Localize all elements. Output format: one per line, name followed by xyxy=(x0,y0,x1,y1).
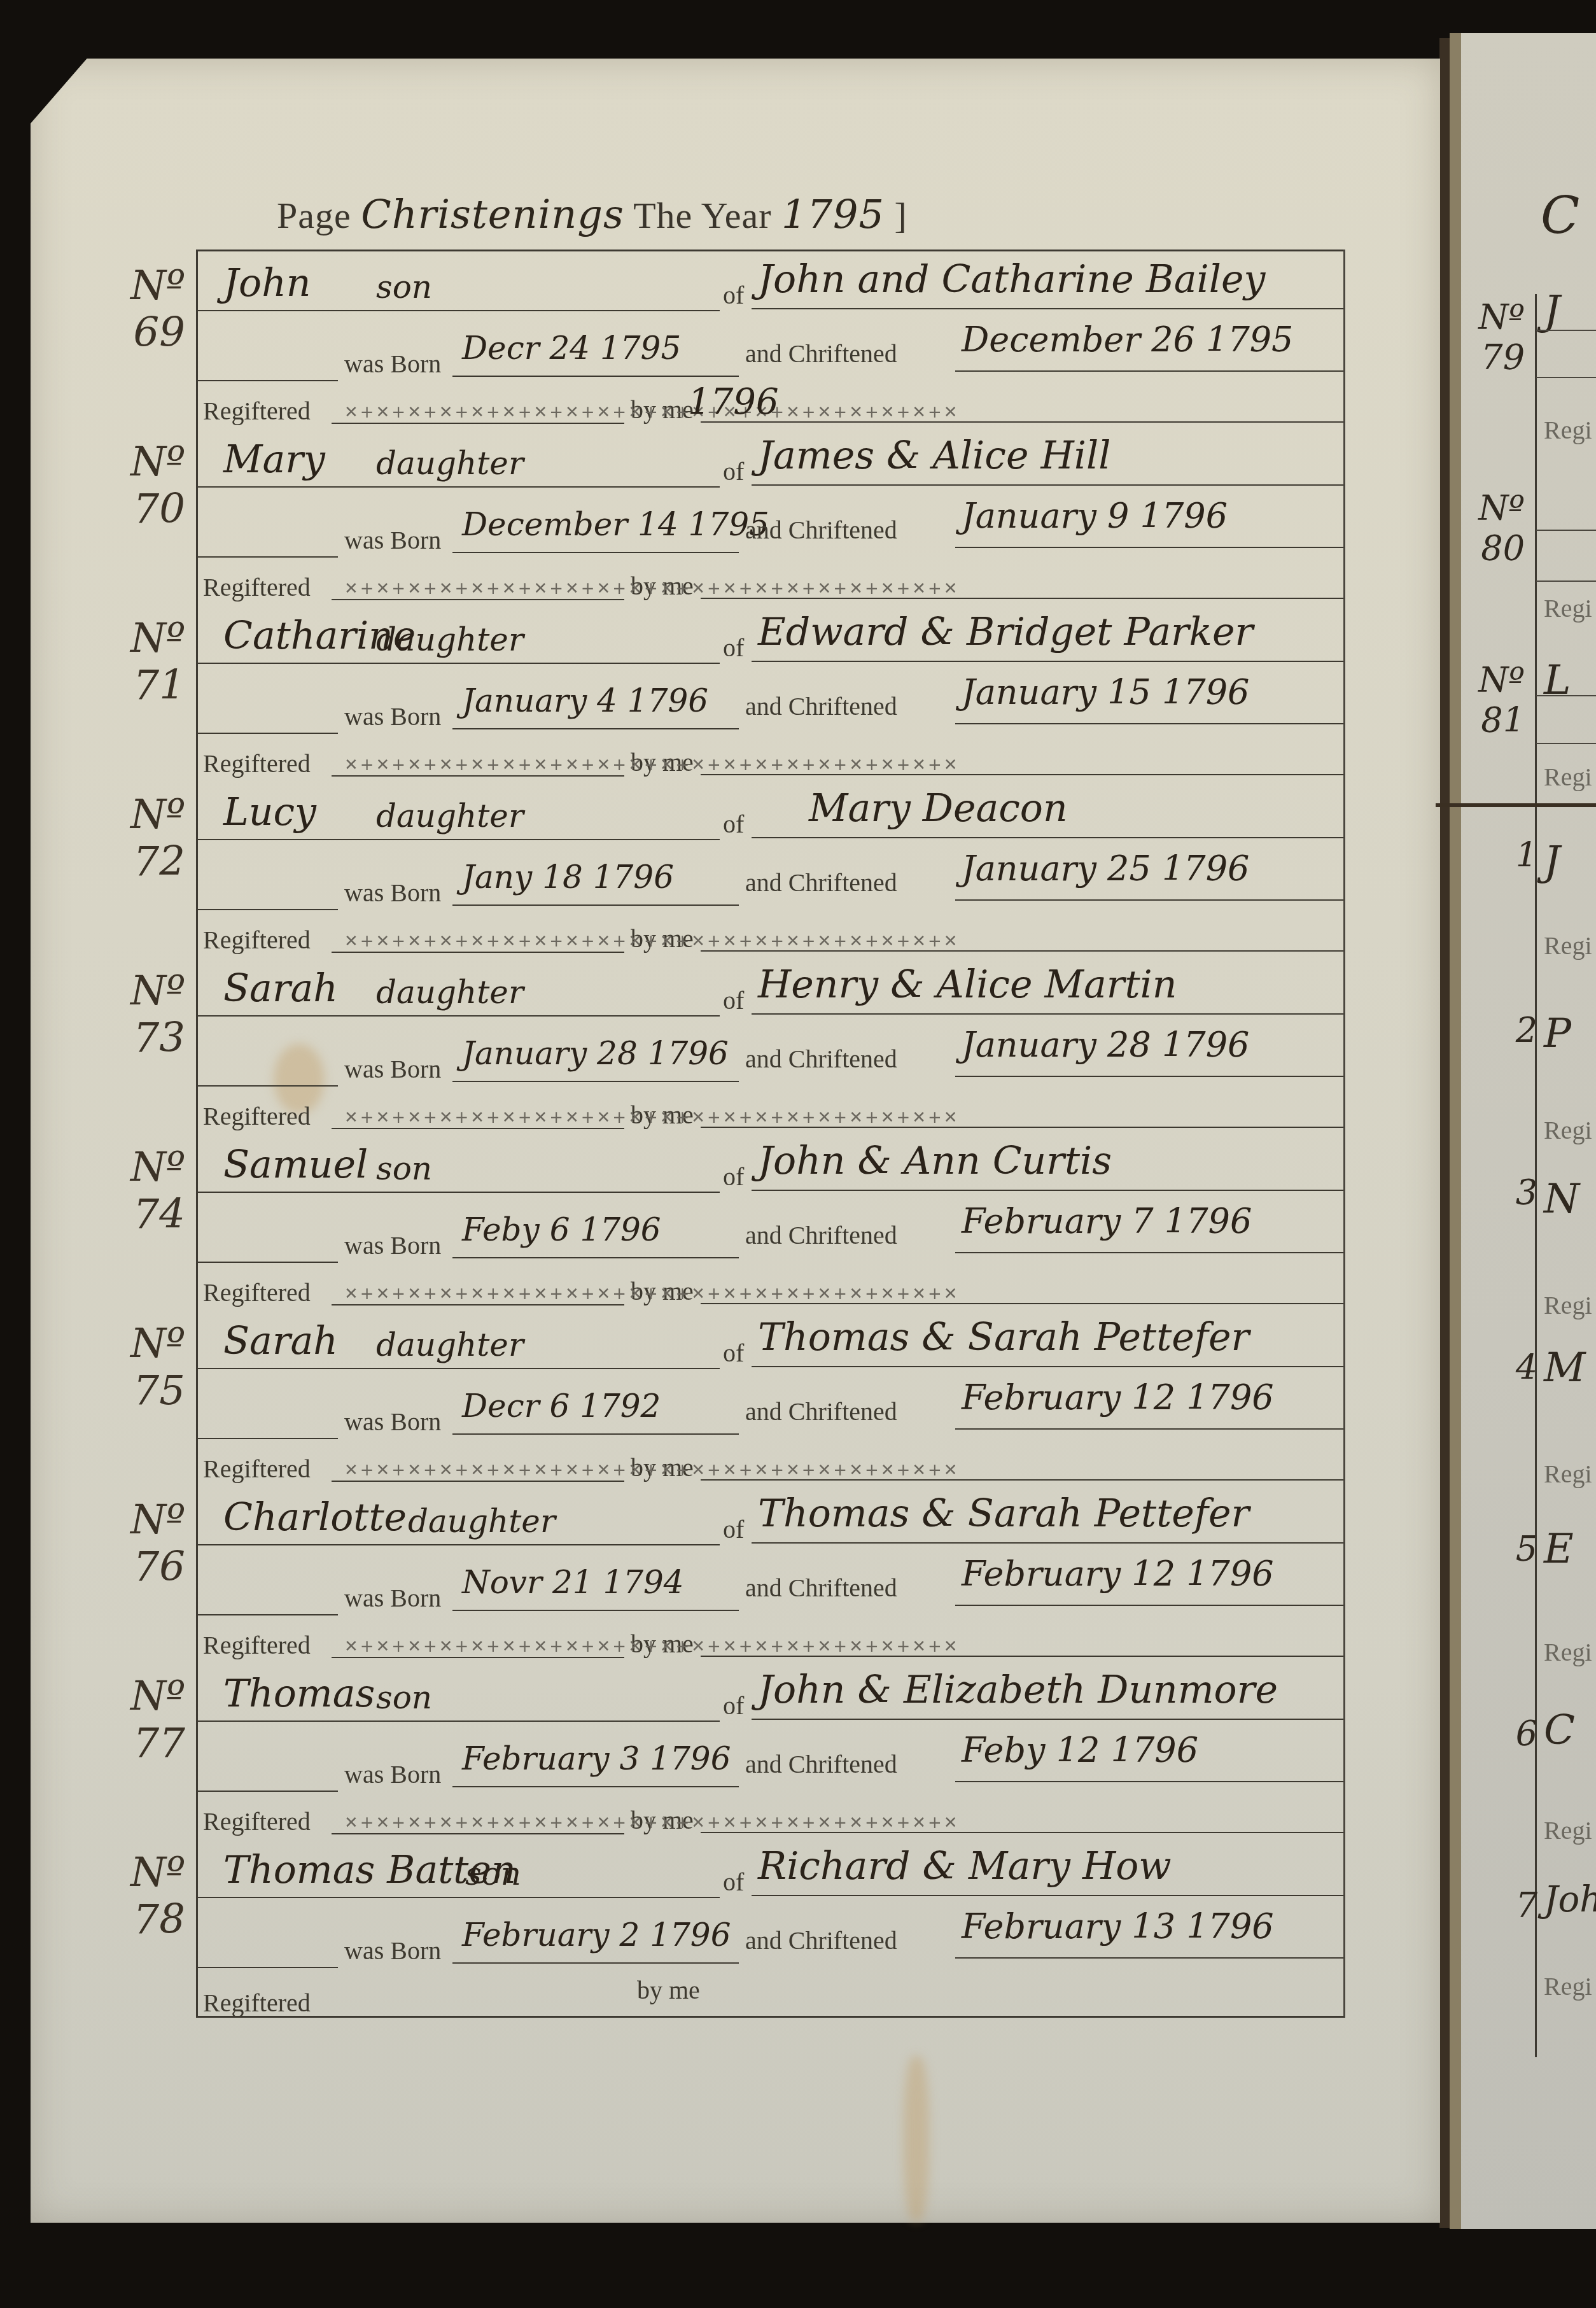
christening-date-line xyxy=(955,1428,1343,1430)
ornament-divider: ✕+✕+✕+✕+✕+✕+✕+✕+✕+✕+✕+✕+✕+✕+✕+✕+✕+✕+✕+✕ xyxy=(344,756,960,775)
parents-names: Thomas & Sarah Pettefer xyxy=(758,1315,1249,1360)
registered-label: Regiftered xyxy=(203,925,311,955)
right-entry-number: 2 xyxy=(1461,1010,1537,1050)
right-registered-label: Regi xyxy=(1544,1815,1592,1845)
parents-names: John & Elizabeth Dunmore xyxy=(758,1668,1278,1712)
entry-number: Nº 71 xyxy=(71,615,185,709)
registered-label: Regiftered xyxy=(203,1806,311,1836)
christening-date: Feby 12 1796 xyxy=(962,1730,1198,1770)
ornament-divider: ✕+✕+✕+✕+✕+✕+✕+✕+✕+✕+✕+✕+✕+✕+✕+✕+✕+✕+✕+✕ xyxy=(344,1461,960,1480)
parents-names: Thomas & Sarah Pettefer xyxy=(758,1491,1249,1536)
parents-line xyxy=(752,1366,1343,1367)
christening-date: February 12 1796 xyxy=(962,1554,1274,1594)
christened-label: and Chriftened xyxy=(745,339,897,369)
right-entry-fragment: E xyxy=(1544,1526,1574,1573)
parents-line xyxy=(752,837,1343,838)
christening-date-line xyxy=(955,899,1343,901)
christened-label: and Chriftened xyxy=(745,1397,897,1426)
entry-number: Nº 69 xyxy=(71,262,185,356)
right-form-line xyxy=(1536,695,1596,696)
parents-line xyxy=(752,1895,1343,1896)
right-entry-fragment: L xyxy=(1544,657,1571,704)
christening-date-line xyxy=(955,547,1343,548)
header-close-bracket: ] xyxy=(894,195,907,236)
born-label: was Born xyxy=(344,349,441,379)
of-label: of xyxy=(723,633,744,663)
blank-line xyxy=(198,1438,338,1439)
birth-date-line xyxy=(452,1610,739,1611)
child-line xyxy=(198,486,720,488)
entry-number: Nº 77 xyxy=(71,1673,185,1767)
right-entry-number: 4 xyxy=(1461,1348,1537,1388)
child-name: Lucy xyxy=(223,790,316,834)
right-entry-fragment: C xyxy=(1544,1707,1575,1754)
child-name: Charlotte xyxy=(223,1495,407,1540)
child-line xyxy=(198,1192,720,1193)
right-entry-number: 5 xyxy=(1461,1529,1537,1569)
ornament-divider: ✕+✕+✕+✕+✕+✕+✕+✕+✕+✕+✕+✕+✕+✕+✕+✕+✕+✕+✕+✕ xyxy=(344,1108,960,1127)
birth-date: February 3 1796 xyxy=(462,1740,731,1777)
registered-label: Regiftered xyxy=(203,396,311,426)
born-label: was Born xyxy=(344,1759,441,1789)
registered-line xyxy=(332,599,624,600)
birth-date: December 14 1795 xyxy=(462,506,769,543)
child-line xyxy=(198,1544,720,1545)
right-registered-label: Regi xyxy=(1544,762,1592,792)
registered-label: Regiftered xyxy=(203,1454,311,1484)
child-line xyxy=(198,310,720,311)
right-entry-fragment: M xyxy=(1544,1344,1586,1391)
christened-label: and Chriftened xyxy=(745,1044,897,1074)
birth-date-line xyxy=(452,552,739,553)
christening-date: January 28 1796 xyxy=(962,1025,1249,1065)
child-relation: son xyxy=(465,1855,521,1892)
right-entry-number: 1 xyxy=(1461,835,1537,875)
entry-number: Nº 70 xyxy=(71,439,185,533)
registered-label: Regiftered xyxy=(203,1277,311,1307)
registered-line xyxy=(332,1304,624,1305)
blank-line xyxy=(198,1262,338,1263)
entry-number: Nº 78 xyxy=(71,1849,185,1943)
birth-date: Jany 18 1796 xyxy=(462,859,674,896)
child-name: Mary xyxy=(223,437,325,482)
parents-line xyxy=(752,1190,1343,1191)
registered-label: Regiftered xyxy=(203,1988,311,2018)
register-entry: ✕+✕+✕+✕+✕+✕+✕+✕+✕+✕+✕+✕+✕+✕+✕+✕+✕+✕+✕+✕ … xyxy=(198,1484,1343,1660)
blank-line xyxy=(198,1614,338,1615)
ornament-divider: ✕+✕+✕+✕+✕+✕+✕+✕+✕+✕+✕+✕+✕+✕+✕+✕+✕+✕+✕+✕ xyxy=(344,403,960,422)
parents-names: James & Alice Hill xyxy=(758,433,1110,478)
right-entry-fragment: John xyxy=(1544,1879,1596,1920)
register-entry: ✕+✕+✕+✕+✕+✕+✕+✕+✕+✕+✕+✕+✕+✕+✕+✕+✕+✕+✕+✕ … xyxy=(198,1307,1343,1484)
right-entry-number: Nº 80 xyxy=(1448,488,1525,568)
blank-line xyxy=(198,1085,338,1087)
registered-line xyxy=(332,423,624,424)
page-header: Page Christenings The Year 1795 ] xyxy=(277,191,907,237)
child-relation: daughter xyxy=(376,974,524,1011)
child-line xyxy=(198,839,720,840)
child-relation: son xyxy=(376,269,432,306)
of-label: of xyxy=(723,280,744,310)
right-registered-label: Regi xyxy=(1544,593,1592,623)
child-line xyxy=(198,663,720,664)
register-entry: ✕+✕+✕+✕+✕+✕+✕+✕+✕+✕+✕+✕+✕+✕+✕+✕+✕+✕+✕+✕ … xyxy=(198,1660,1343,1836)
born-label: was Born xyxy=(344,525,441,555)
ornament-divider: ✕+✕+✕+✕+✕+✕+✕+✕+✕+✕+✕+✕+✕+✕+✕+✕+✕+✕+✕+✕ xyxy=(344,1813,960,1833)
right-registered-label: Regi xyxy=(1544,1115,1592,1145)
year-divider: 1796 xyxy=(688,381,779,423)
of-label: of xyxy=(723,809,744,839)
child-relation: daughter xyxy=(376,621,524,658)
parents-names: Henry & Alice Martin xyxy=(758,962,1177,1007)
christening-date-line xyxy=(955,723,1343,724)
christening-date-line xyxy=(955,1957,1343,1959)
right-registered-label: Regi xyxy=(1544,1290,1592,1320)
register-entry: ✕+✕+✕+✕+✕+✕+✕+✕+✕+✕+✕+✕+✕+✕+✕+✕+✕+✕+✕+✕ … xyxy=(198,1836,1343,2013)
right-entry-number: Nº 79 xyxy=(1448,297,1525,377)
christened-label: and Chriftened xyxy=(745,1925,897,1955)
right-entry-number: 3 xyxy=(1461,1172,1537,1213)
parents-line xyxy=(752,1719,1343,1720)
register-page-right: C Nº 79 J Regi Nº 80 Regi Nº 81 L Regi 1… xyxy=(1450,33,1596,2229)
born-label: was Born xyxy=(344,1583,441,1613)
birth-date: Novr 21 1794 xyxy=(462,1564,684,1601)
parents-names: Mary Deacon xyxy=(809,786,1068,831)
birth-date-line xyxy=(452,1433,739,1435)
parents-names: John and Catharine Bailey xyxy=(758,257,1265,302)
entry-number: Nº 72 xyxy=(71,791,185,885)
parents-line xyxy=(752,308,1343,309)
of-label: of xyxy=(723,1691,744,1720)
right-entry-number: 7 xyxy=(1461,1885,1537,1925)
of-label: of xyxy=(723,456,744,486)
birth-date-line xyxy=(452,376,739,377)
christened-label: and Chriftened xyxy=(745,515,897,545)
of-label: of xyxy=(723,985,744,1015)
header-year-label: The Year xyxy=(633,195,771,236)
child-name: John xyxy=(223,261,311,306)
christening-date: February 7 1796 xyxy=(962,1201,1252,1241)
christening-date: February 12 1796 xyxy=(962,1377,1274,1418)
child-relation: daughter xyxy=(408,1503,556,1540)
right-registered-label: Regi xyxy=(1544,415,1592,445)
christened-label: and Chriftened xyxy=(745,1220,897,1250)
registered-line xyxy=(332,775,624,777)
blank-line xyxy=(198,556,338,558)
child-name: Sarah xyxy=(223,1319,338,1363)
parents-names: John & Ann Curtis xyxy=(758,1139,1112,1183)
right-registered-label: Regi xyxy=(1544,931,1592,960)
christened-label: and Chriftened xyxy=(745,1573,897,1603)
born-label: was Born xyxy=(344,701,441,731)
right-form-line xyxy=(1536,581,1596,582)
birth-date-line xyxy=(452,904,739,906)
born-label: was Born xyxy=(344,1230,441,1260)
right-registered-label: Regi xyxy=(1544,1637,1592,1667)
parents-names: Richard & Mary How xyxy=(758,1844,1172,1889)
christened-label: and Chriftened xyxy=(745,868,897,897)
parents-line xyxy=(752,1013,1343,1015)
parents-names: Edward & Bridget Parker xyxy=(758,610,1253,654)
christening-date-line xyxy=(955,1781,1343,1782)
section-divider-rule xyxy=(1436,803,1596,807)
parents-line xyxy=(752,484,1343,486)
christening-date: January 25 1796 xyxy=(962,848,1249,889)
entry-number: Nº 73 xyxy=(71,968,185,1062)
registered-line xyxy=(332,952,624,953)
christening-date: January 15 1796 xyxy=(962,672,1249,712)
birth-date: Feby 6 1796 xyxy=(462,1211,661,1248)
child-line xyxy=(198,1897,720,1898)
christenings-register-form: Nº 69 John son of John and Catharine Bai… xyxy=(196,250,1345,2018)
born-label: was Born xyxy=(344,1407,441,1437)
child-line xyxy=(198,1368,720,1369)
registered-line xyxy=(332,1657,624,1658)
birth-date-line xyxy=(452,1962,739,1964)
christened-label: and Chriftened xyxy=(745,1749,897,1779)
entry-number: Nº 76 xyxy=(71,1496,185,1591)
christening-date: January 9 1796 xyxy=(962,496,1228,536)
of-label: of xyxy=(723,1867,744,1897)
blank-line xyxy=(198,733,338,734)
header-register-type: Christenings xyxy=(361,191,624,237)
christening-date: February 13 1796 xyxy=(962,1906,1274,1946)
register-entry: ✕+✕+✕+✕+✕+✕+✕+✕+✕+✕+✕+✕+✕+✕+✕+✕+✕+✕+✕+✕ … xyxy=(198,955,1343,1131)
right-registered-label: Regi xyxy=(1544,1459,1592,1489)
right-entry-fragment: J xyxy=(1544,288,1560,335)
child-relation: daughter xyxy=(376,445,524,482)
blank-line xyxy=(198,380,338,381)
ornament-divider: ✕+✕+✕+✕+✕+✕+✕+✕+✕+✕+✕+✕+✕+✕+✕+✕+✕+✕+✕+✕ xyxy=(344,932,960,951)
header-prefix: Page xyxy=(277,195,351,236)
child-line xyxy=(198,1720,720,1722)
birth-date: January 4 1796 xyxy=(462,682,708,719)
registered-label: Regiftered xyxy=(203,1101,311,1131)
birth-date-line xyxy=(452,728,739,729)
blank-line xyxy=(198,909,338,910)
blank-line xyxy=(198,1967,338,1968)
child-relation: daughter xyxy=(376,798,524,834)
child-relation: son xyxy=(376,1150,432,1187)
right-form-line xyxy=(1536,330,1596,331)
christening-date-line xyxy=(955,1076,1343,1077)
paper-stain xyxy=(904,2056,929,2221)
registered-label: Regiftered xyxy=(203,572,311,602)
parents-line xyxy=(752,661,1343,662)
right-form-line xyxy=(1536,377,1596,378)
born-label: was Born xyxy=(344,878,441,908)
christening-date-line xyxy=(955,1605,1343,1606)
header-year: 1795 xyxy=(781,191,885,237)
birth-date: February 2 1796 xyxy=(462,1917,731,1953)
right-form-line xyxy=(1536,530,1596,531)
born-label: was Born xyxy=(344,1936,441,1966)
of-label: of xyxy=(723,1338,744,1368)
child-relation: son xyxy=(376,1679,432,1716)
child-name: Thomas xyxy=(223,1671,375,1716)
right-form-line xyxy=(1536,743,1596,744)
right-entry-fragment: P xyxy=(1544,1010,1571,1057)
child-relation: daughter xyxy=(376,1326,524,1363)
christened-label: and Chriftened xyxy=(745,691,897,721)
birth-date-line xyxy=(452,1081,739,1082)
birth-date-line xyxy=(452,1786,739,1787)
child-name: Samuel xyxy=(223,1143,368,1187)
entry-number: Nº 75 xyxy=(71,1320,185,1414)
christening-date-line xyxy=(955,370,1343,372)
ornament-divider: ✕+✕+✕+✕+✕+✕+✕+✕+✕+✕+✕+✕+✕+✕+✕+✕+✕+✕+✕+✕ xyxy=(344,579,960,598)
birth-date: Decr 6 1792 xyxy=(462,1388,661,1425)
registered-line xyxy=(332,1481,624,1482)
entry-number: Nº 74 xyxy=(71,1144,185,1238)
registered-label: Regiftered xyxy=(203,1630,311,1660)
by-me-label: by me xyxy=(637,1975,700,2005)
ornament-divider: ✕+✕+✕+✕+✕+✕+✕+✕+✕+✕+✕+✕+✕+✕+✕+✕+✕+✕+✕+✕ xyxy=(344,1637,960,1656)
registered-label: Regiftered xyxy=(203,749,311,778)
christening-date-line xyxy=(955,1252,1343,1253)
register-entry: ✕+✕+✕+✕+✕+✕+✕+✕+✕+✕+✕+✕+✕+✕+✕+✕+✕+✕+✕+✕ … xyxy=(198,1131,1343,1307)
right-entry-number: 6 xyxy=(1461,1713,1537,1754)
right-entry-fragment: J xyxy=(1544,838,1560,885)
blank-line xyxy=(198,1791,338,1792)
birth-date-line xyxy=(452,1257,739,1258)
christening-date: December 26 1795 xyxy=(962,320,1293,360)
registered-line xyxy=(332,1833,624,1834)
of-label: of xyxy=(723,1162,744,1192)
birth-date: Decr 24 1795 xyxy=(462,330,681,367)
right-entry-number: Nº 81 xyxy=(1448,660,1525,740)
child-line xyxy=(198,1015,720,1017)
right-entry-fragment: N xyxy=(1544,1176,1579,1223)
ornament-divider: ✕+✕+✕+✕+✕+✕+✕+✕+✕+✕+✕+✕+✕+✕+✕+✕+✕+✕+✕+✕ xyxy=(344,1284,960,1304)
birth-date: January 28 1796 xyxy=(462,1035,729,1072)
registered-line xyxy=(332,1128,624,1129)
register-entry: ✕+✕+✕+✕+✕+✕+✕+✕+✕+✕+✕+✕+✕+✕+✕+✕+✕+✕+✕+✕ … xyxy=(198,778,1343,955)
born-label: was Born xyxy=(344,1054,441,1084)
child-name: Sarah xyxy=(223,966,338,1011)
register-entry: ✕+✕+✕+✕+✕+✕+✕+✕+✕+✕+✕+✕+✕+✕+✕+✕+✕+✕+✕+✕ … xyxy=(198,426,1343,602)
right-header-fragment: C xyxy=(1541,186,1579,245)
parents-line xyxy=(752,1542,1343,1544)
right-registered-label: Regi xyxy=(1544,1971,1592,2001)
register-entry: ✕+✕+✕+✕+✕+✕+✕+✕+✕+✕+✕+✕+✕+✕+✕+✕+✕+✕+✕+✕ … xyxy=(198,602,1343,778)
of-label: of xyxy=(723,1514,744,1544)
